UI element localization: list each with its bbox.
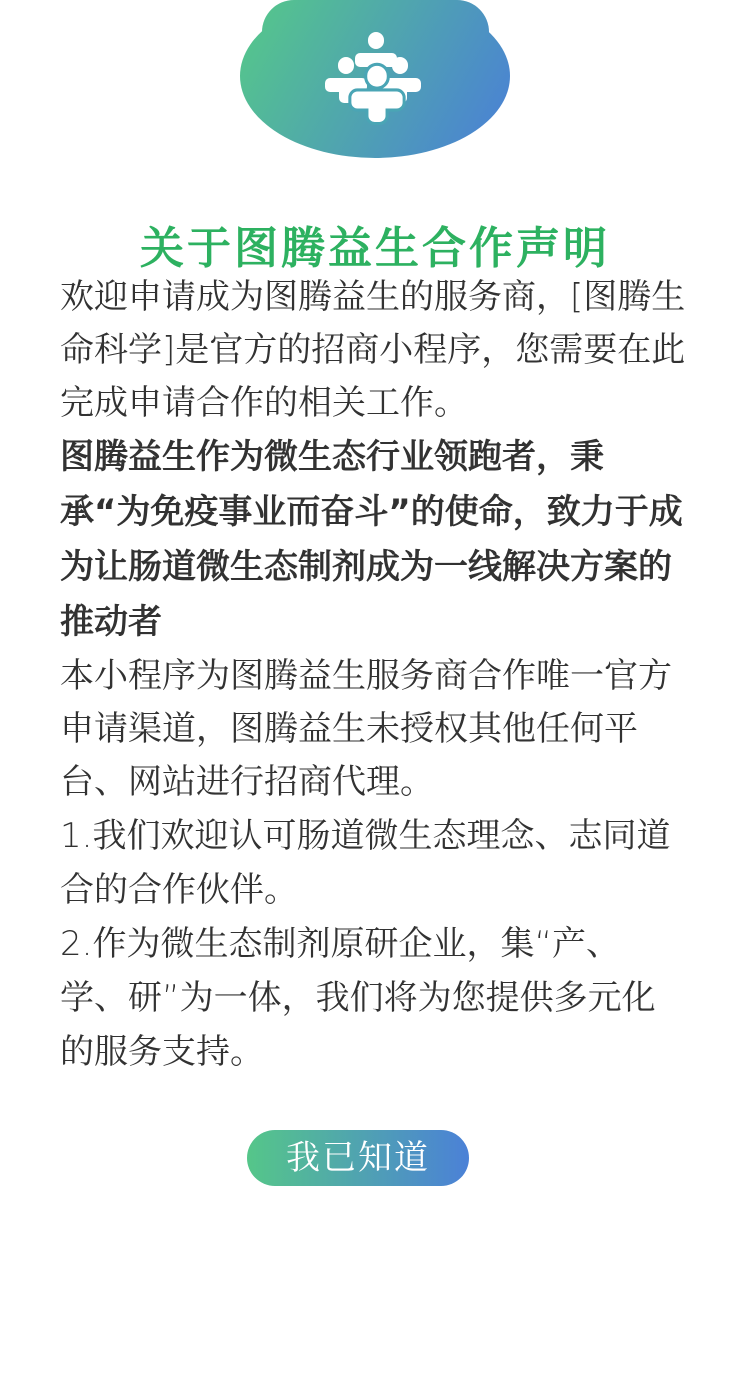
- acknowledge-button[interactable]: 我已知道: [247, 1130, 469, 1186]
- brand-blob-graphic: [0, 0, 750, 170]
- partner-points-list: 1.我们欢迎认可肠道微生态理念、志同道合的合作伙伴。 2.作为微生态制剂原研企业…: [60, 809, 688, 1079]
- mission-paragraph: 图腾益生作为微生态行业领跑者，秉承“为免疫事业而奋斗”的使命，致力于成为让肠道微…: [60, 430, 688, 650]
- list-item-2: 2.作为微生态制剂原研企业，集“产、学、研”为一体，我们将为您提供多元化的服务支…: [60, 917, 688, 1079]
- hero-banner: [0, 0, 750, 170]
- cooperation-statement-page: 关于图腾益生合作声明 欢迎申请成为图腾益生的服务商，[图腾生命科学]是官方的招商…: [0, 0, 750, 1379]
- list-item-1: 1.我们欢迎认可肠道微生态理念、志同道合的合作伙伴。: [60, 809, 688, 917]
- intro-paragraph: 欢迎申请成为图腾益生的服务商，[图腾生命科学]是官方的招商小程序，您需要在此完成…: [60, 271, 688, 430]
- page-title: 关于图腾益生合作声明: [0, 227, 750, 271]
- official-channel-paragraph: 本小程序为图腾益生服务商合作唯一官方申请渠道，图腾益生未授权其他任何平台、网站进…: [60, 650, 688, 809]
- statement-body: 欢迎申请成为图腾益生的服务商，[图腾生命科学]是官方的招商小程序，您需要在此完成…: [0, 271, 750, 1079]
